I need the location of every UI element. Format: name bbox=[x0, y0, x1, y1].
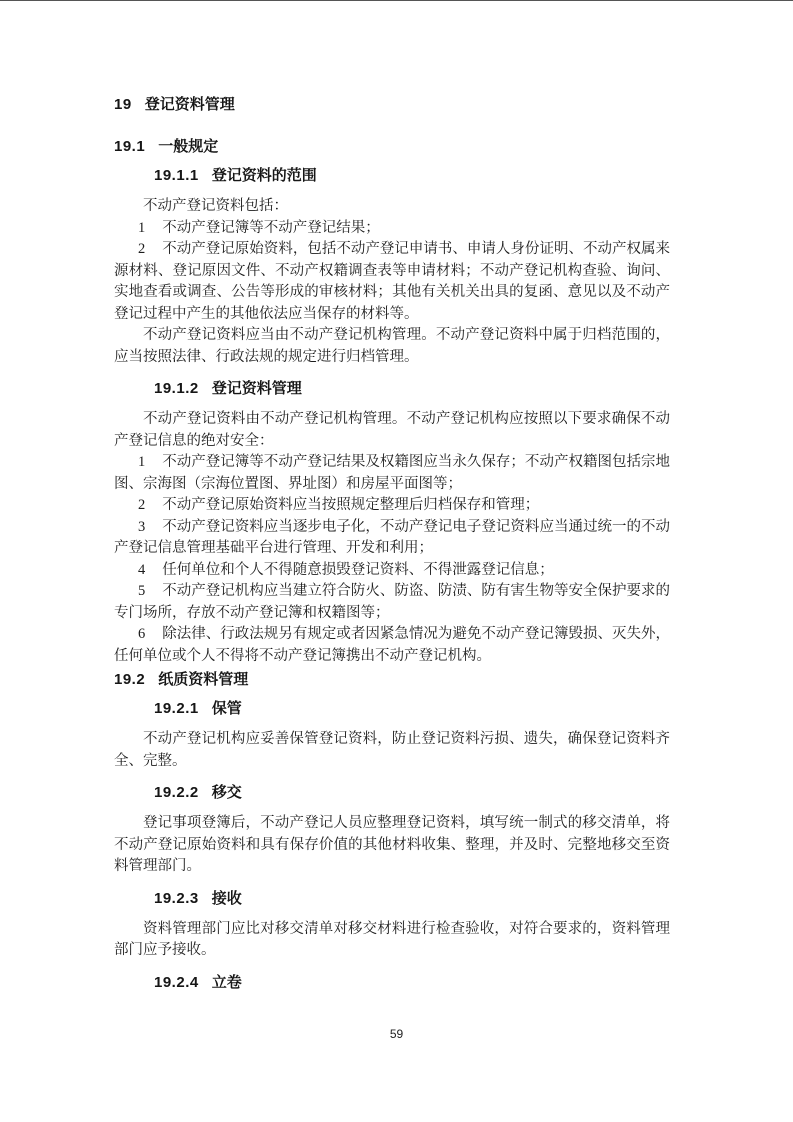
subsection-title: 登记资料管理 bbox=[212, 380, 302, 397]
section-title: 一般规定 bbox=[158, 138, 218, 155]
list-item-number: 2 bbox=[138, 241, 145, 257]
chapter-number: 19 bbox=[114, 96, 132, 113]
list-item-text: 不动产登记资料应当逐步电子化，不动产登记电子登记资料应当通过统一的不动产登记信息… bbox=[114, 519, 670, 557]
subsection-heading-19-1-2: 19.1.2登记资料管理 bbox=[114, 381, 670, 397]
list-item-text: 任何单位和个人不得随意损毁登记资料、不得泄露登记信息； bbox=[162, 562, 554, 578]
list-item-text: 不动产登记原始资料，包括不动产登记申请书、申请人身份证明、不动产权属来源材料、登… bbox=[114, 241, 670, 322]
subsection-number: 19.2.2 bbox=[154, 784, 199, 801]
section-number: 19.2 bbox=[114, 671, 145, 688]
list-item-number: 1 bbox=[138, 454, 145, 470]
document-content: 19登记资料管理 19.1一般规定 19.1.1登记资料的范围 不动产登记资料包… bbox=[0, 1, 793, 991]
list-item-text: 不动产登记原始资料应当按照规定整理后归档保存和管理； bbox=[162, 497, 539, 513]
paragraph: 不动产登记资料包括： bbox=[114, 196, 670, 218]
list-item: 1不动产登记簿等不动产登记结果； bbox=[114, 218, 670, 240]
subsection-title: 立卷 bbox=[212, 974, 242, 991]
list-item-number: 5 bbox=[138, 583, 145, 599]
paragraph: 不动产登记资料应当由不动产登记机构管理。不动产登记资料中属于归档范围的，应当按照… bbox=[114, 325, 670, 368]
section-title: 纸质资料管理 bbox=[158, 671, 248, 688]
subsection-title: 登记资料的范围 bbox=[212, 167, 317, 184]
list-item: 2不动产登记原始资料，包括不动产登记申请书、申请人身份证明、不动产权属来源材料、… bbox=[114, 239, 670, 325]
page-number: 59 bbox=[0, 1027, 793, 1041]
subsection-heading-19-2-1: 19.2.1保管 bbox=[114, 701, 670, 717]
subsection-title: 接收 bbox=[212, 890, 242, 907]
list-item: 3不动产登记资料应当逐步电子化，不动产登记电子登记资料应当通过统一的不动产登记信… bbox=[114, 517, 670, 560]
chapter-title: 登记资料管理 bbox=[145, 96, 235, 113]
list-item-text: 不动产登记簿等不动产登记结果及权籍图应当永久保存；不动产权籍图包括宗地图、宗海图… bbox=[114, 454, 670, 492]
subsection-title: 移交 bbox=[212, 784, 242, 801]
list-item-text: 不动产登记簿等不动产登记结果； bbox=[162, 220, 380, 236]
subsection-number: 19.1.2 bbox=[154, 380, 199, 397]
list-item: 4任何单位和个人不得随意损毁登记资料、不得泄露登记信息； bbox=[114, 560, 670, 582]
list-item: 6除法律、行政法规另有规定或者因紧急情况为避免不动产登记簿毁损、灭失外， 任何单… bbox=[114, 624, 670, 667]
subsection-heading-19-2-4: 19.2.4立卷 bbox=[114, 975, 670, 991]
subsection-number: 19.1.1 bbox=[154, 167, 199, 184]
list-item-text: 不动产登记机构应当建立符合防火、防盗、防渍、防有害生物等安全保护要求的专门场所，… bbox=[114, 583, 670, 621]
subsection-title: 保管 bbox=[212, 700, 242, 717]
list-item: 2不动产登记原始资料应当按照规定整理后归档保存和管理； bbox=[114, 495, 670, 517]
paragraph: 登记事项登簿后，不动产登记人员应整理登记资料，填写统一制式的移交清单，将不动产登… bbox=[114, 813, 670, 878]
subsection-heading-19-2-2: 19.2.2移交 bbox=[114, 785, 670, 801]
list-item-number: 3 bbox=[138, 519, 145, 535]
paragraph: 不动产登记资料由不动产登记机构管理。不动产登记机构应按照以下要求确保不动产登记信… bbox=[114, 409, 670, 452]
paragraph: 不动产登记机构应妥善保管登记资料，防止登记资料污损、遗失，确保登记资料齐全、完整… bbox=[114, 729, 670, 772]
subsection-number: 19.2.1 bbox=[154, 700, 199, 717]
list-item-number: 6 bbox=[138, 626, 145, 642]
subsection-heading-19-2-3: 19.2.3接收 bbox=[114, 891, 670, 907]
list-item-number: 1 bbox=[138, 220, 145, 236]
section-number: 19.1 bbox=[114, 138, 145, 155]
list-item-number: 2 bbox=[138, 497, 145, 513]
subsection-heading-19-1-1: 19.1.1登记资料的范围 bbox=[114, 168, 670, 184]
list-item: 1不动产登记簿等不动产登记结果及权籍图应当永久保存；不动产权籍图包括宗地图、宗海… bbox=[114, 452, 670, 495]
paragraph: 资料管理部门应比对移交清单对移交材料进行检查验收，对符合要求的，资料管理部门应予… bbox=[114, 919, 670, 962]
section-heading-19-1: 19.1一般规定 bbox=[114, 139, 670, 155]
subsection-number: 19.2.3 bbox=[154, 890, 199, 907]
document-page: 19登记资料管理 19.1一般规定 19.1.1登记资料的范围 不动产登记资料包… bbox=[0, 0, 793, 1122]
list-item: 5不动产登记机构应当建立符合防火、防盗、防渍、防有害生物等安全保护要求的专门场所… bbox=[114, 581, 670, 624]
subsection-number: 19.2.4 bbox=[154, 974, 199, 991]
list-item-number: 4 bbox=[138, 562, 145, 578]
section-heading-19-2: 19.2纸质资料管理 bbox=[114, 672, 670, 688]
list-item-text: 除法律、行政法规另有规定或者因紧急情况为避免不动产登记簿毁损、灭失外， 任何单位… bbox=[114, 626, 670, 664]
chapter-heading: 19登记资料管理 bbox=[114, 97, 670, 113]
